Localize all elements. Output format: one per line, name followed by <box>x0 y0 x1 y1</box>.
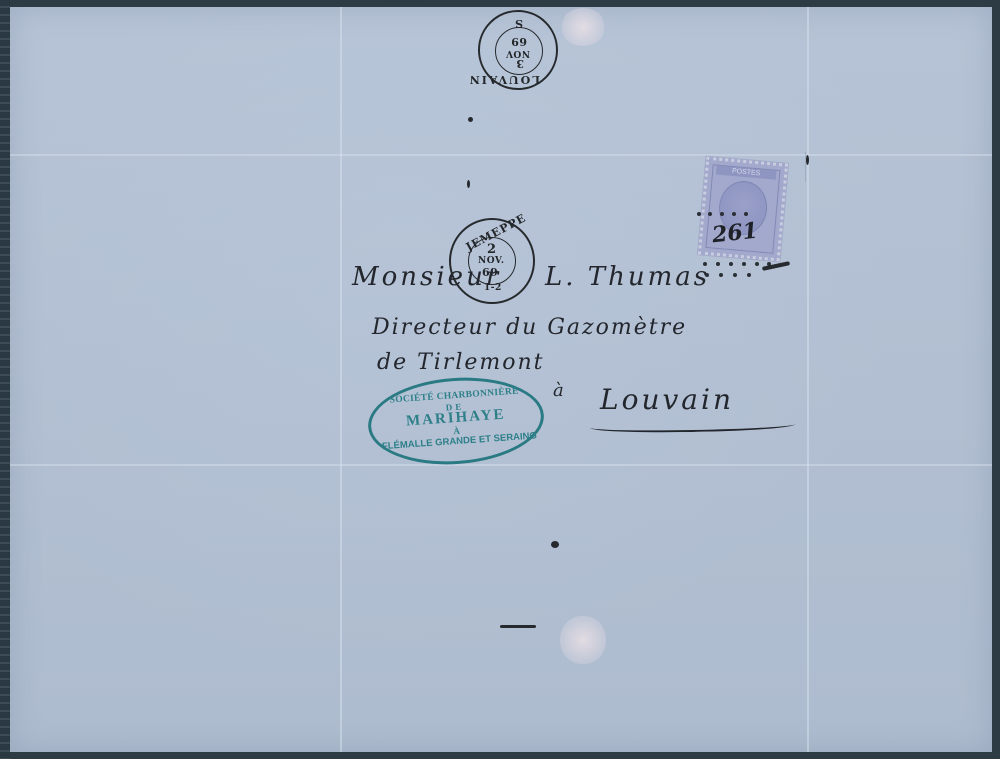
scan-image: LOUVAIN 3 NOV 69 S JEMEPPE 2 NOV. 69 1-2… <box>0 0 1000 759</box>
address-title: Directeur du Gazomètre <box>372 315 687 340</box>
ink-spot <box>467 180 470 188</box>
ink-spot <box>806 155 809 165</box>
mount-edge <box>0 0 10 759</box>
postage-stamp: POSTES <box>698 157 788 262</box>
letter-paper <box>10 7 992 752</box>
arrival-postmark: LOUVAIN 3 NOV 69 S <box>478 10 558 90</box>
postmark-footer: S <box>515 17 523 30</box>
address-salutation: Monsieur <box>352 262 501 292</box>
postmark-town: LOUVAIN <box>468 73 540 86</box>
postmark-month: NOV <box>506 48 530 58</box>
address-line3: de Tirlemont <box>377 350 545 375</box>
seal-residue <box>560 615 606 665</box>
ink-spot <box>551 541 559 548</box>
numeral-cancel: 261 <box>711 218 759 249</box>
ink-spot <box>468 117 473 122</box>
postmark-day: 3 <box>516 57 524 70</box>
ink-dash <box>500 625 536 628</box>
address-prefix: à <box>553 380 564 401</box>
postmark-day: 2 <box>487 242 497 257</box>
seal-residue <box>560 8 606 46</box>
address-city: Louvain <box>600 383 734 416</box>
postmark-year: 69 <box>511 35 527 48</box>
fold-line-vertical <box>807 7 809 752</box>
address-name: L. Thumas <box>545 262 710 292</box>
fold-line-vertical <box>340 7 342 752</box>
fold-line-horizontal <box>10 154 992 156</box>
fold-line-horizontal <box>10 464 992 466</box>
